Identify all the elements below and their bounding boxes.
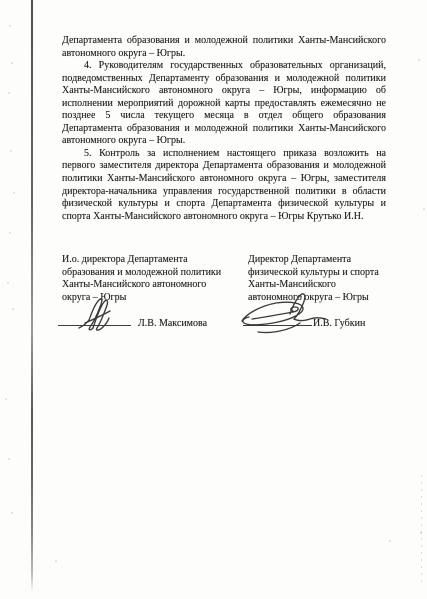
body-line: физической культуры и спорта Департамент… — [62, 198, 386, 211]
scan-speck — [7, 282, 9, 284]
handwritten-signature-maksimova — [76, 297, 122, 338]
body-line: позднее 5 числа текущего месяца в отдел … — [62, 110, 386, 123]
body-line: 5. Контроль за исполнением настоящего пр… — [62, 148, 386, 161]
signatory-title-line: Ханты-Мансийского автономного — [62, 279, 244, 292]
scan-speck — [12, 308, 14, 310]
body-line: спорта Ханты-Мансийского автономного окр… — [62, 211, 386, 224]
scan-speck — [418, 59, 420, 61]
scan-speck — [389, 540, 391, 542]
body-line: подведомственных Департаменту образовани… — [62, 73, 386, 86]
body-line: Ханты-Мансийского автономного округа – Ю… — [62, 85, 386, 98]
scan-speck — [9, 232, 11, 234]
scan-speck — [11, 62, 13, 64]
body-line: первого заместителя директора Департамен… — [62, 160, 386, 173]
signatory-title-line: Ханты-Мансийского — [248, 279, 418, 292]
scan-speck — [420, 532, 422, 534]
signatory-name: Л.В. Максимова — [138, 318, 207, 329]
handwritten-signature-gubkin — [238, 291, 338, 344]
body-line: Департамента образования и молодежной по… — [62, 123, 386, 136]
scan-speck — [13, 192, 15, 194]
signatory-title-line: И.о. директора Департамента — [62, 254, 244, 267]
scan-speck — [8, 458, 10, 460]
signatory-title-line: Директор Департамента — [248, 254, 418, 267]
scan-speck — [9, 25, 11, 27]
body-line: автономного округа – Югры. — [62, 48, 386, 61]
body-line: 4. Руководителям государственных образов… — [62, 60, 386, 73]
scanner-artifact-line — [31, 0, 33, 592]
scan-speck — [10, 150, 12, 152]
document-body: Департамента образования и молодежной по… — [62, 35, 386, 223]
scan-speck — [11, 512, 13, 514]
body-line: Департамента образования и молодежной по… — [62, 35, 386, 48]
scan-speck — [5, 398, 7, 400]
body-line: автономного округа – Югры. — [62, 135, 386, 148]
scan-speck — [423, 208, 425, 210]
body-line: исполнении мероприятий дорожной карты пр… — [62, 98, 386, 111]
scan-noise-right-edge — [421, 475, 422, 585]
body-line: директора-начальника управления государс… — [62, 186, 386, 199]
scanned-document-page: Департамента образования и молодежной по… — [0, 0, 427, 599]
signatory-title-line: физической культуры и спорта — [248, 267, 418, 280]
body-line: политики Ханты-Мансийского автономного о… — [62, 173, 386, 186]
signatory-title-line: образования и молодежной политики — [62, 267, 244, 280]
scan-speck — [8, 92, 10, 94]
scan-speck — [55, 560, 57, 562]
